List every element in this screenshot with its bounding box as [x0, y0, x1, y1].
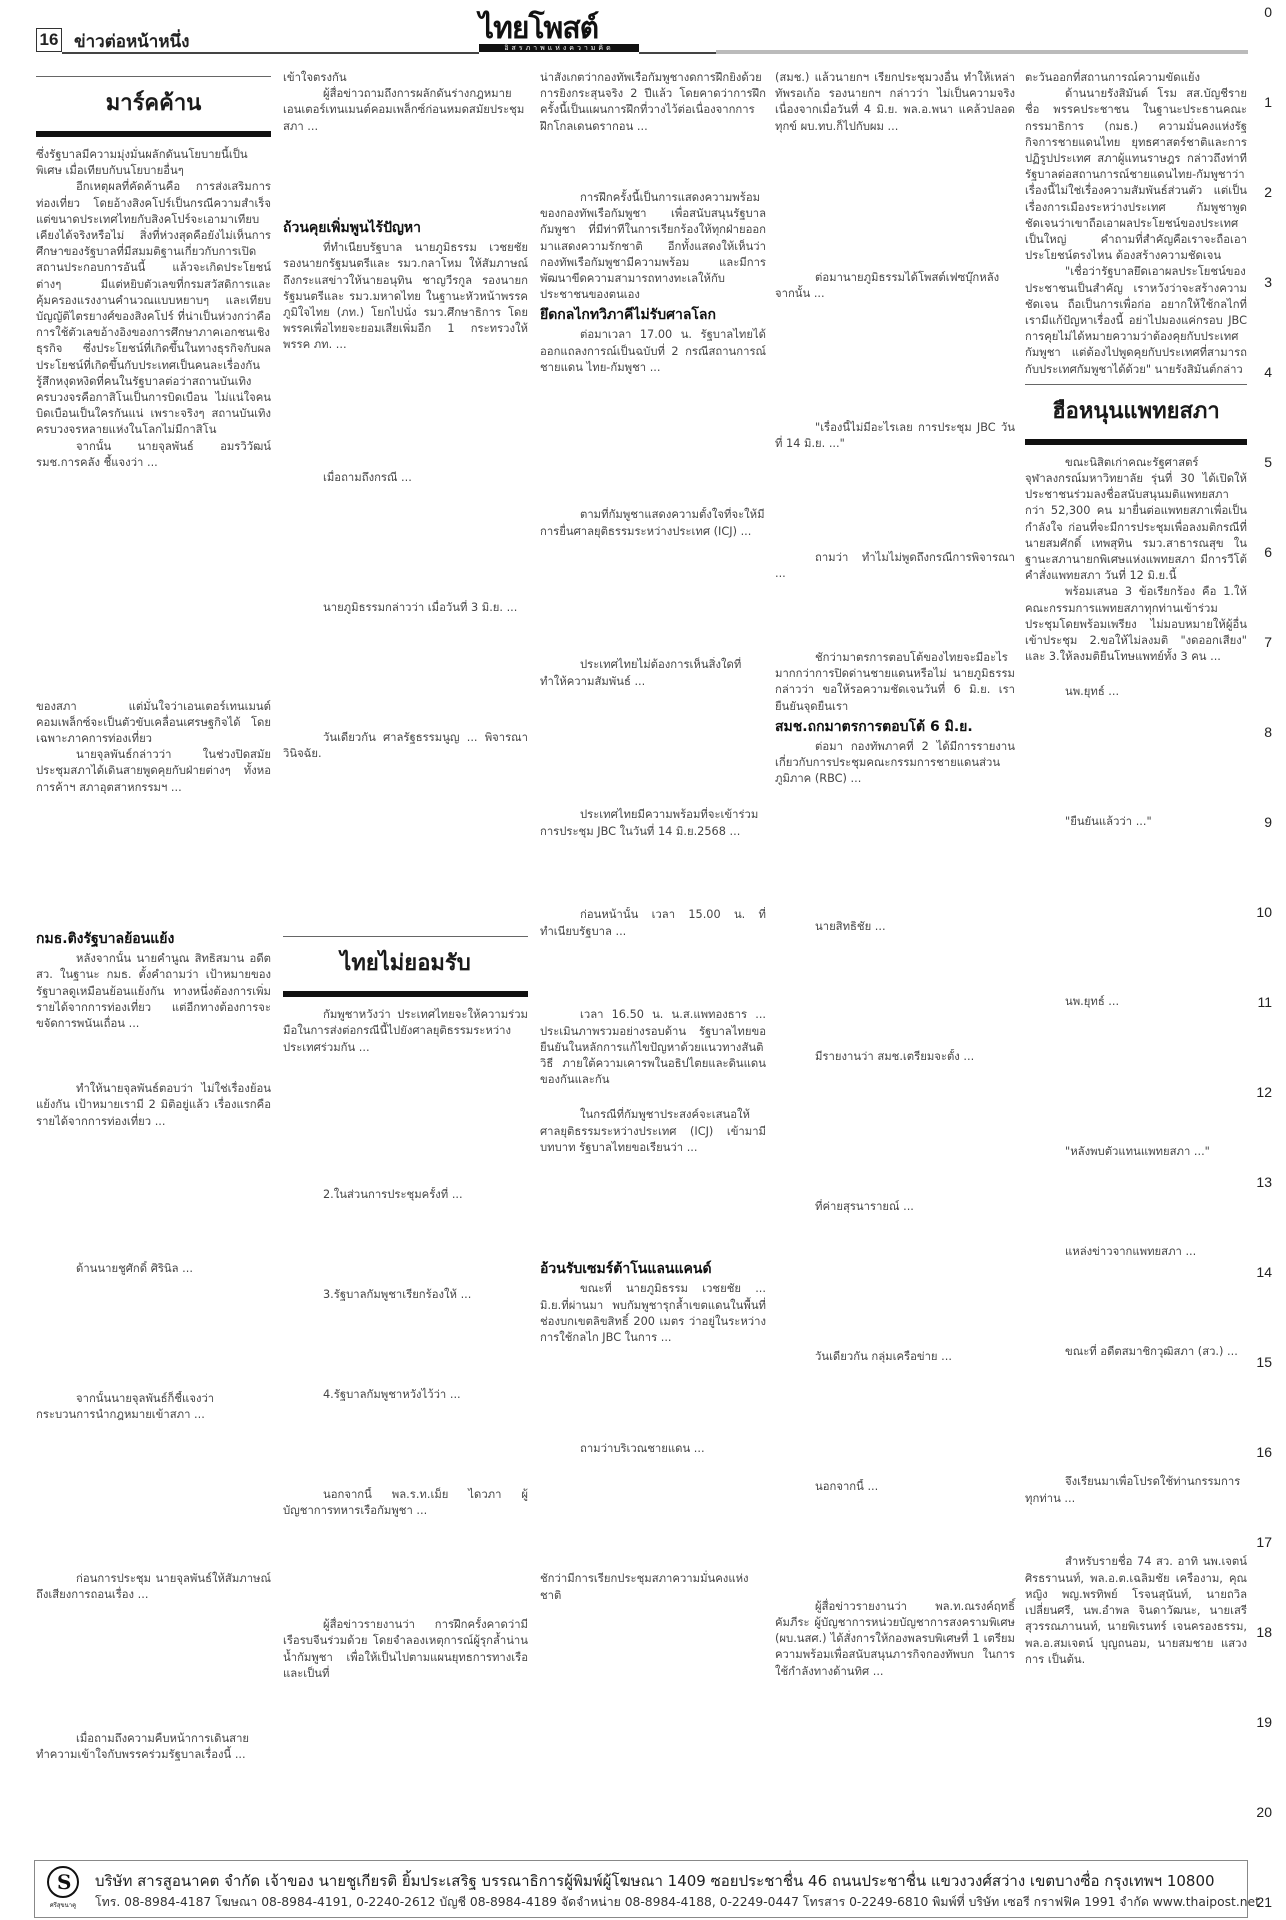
- paragraph: ที่ค่ายสุรนารายณ์ ...: [775, 1199, 1015, 1349]
- ruler-mark: 12: [1256, 1084, 1272, 1100]
- ruler-mark: 6: [1264, 544, 1272, 560]
- paragraph: ขณะที่ นายภูมิธรรม เวชยชัย ... มิ.ย.ที่ผ…: [540, 1281, 766, 1441]
- column-2: เข้าใจตรงกัน ผู้สื่อข่าวถามถึงการผลักดัน…: [283, 70, 528, 1717]
- paragraph: กัมพูชาหวังว่า ประเทศไทยจะให้ความร่วมมือ…: [283, 1007, 528, 1187]
- ruler-mark: 15: [1256, 1354, 1272, 1370]
- paragraph: ถามว่า ทำไมไม่พูดถึงกรณีการพิจารณา ...: [775, 550, 1015, 650]
- paragraph: ทำให้นายจุลพันธ์ตอบว่า ไม่ใช่เรื่องย้อนแ…: [36, 1081, 271, 1261]
- heading-top-rule: [36, 76, 271, 77]
- heading-bottom-rule: [1025, 439, 1247, 445]
- story-heading: ไทยไม่ยอมรับ: [283, 951, 528, 977]
- paragraph: อีกเหตุผลที่คัดค้านคือ การส่งเสริมการท่อ…: [36, 179, 271, 438]
- paragraph: ด้านนายชูศักดิ์ ศิรินิล ...: [36, 1261, 271, 1391]
- paragraph: มีรายงานว่า สมช.เตรียมจะตั้ง ...: [775, 1049, 1015, 1199]
- ruler-mark: 11: [1257, 994, 1272, 1010]
- paragraph: นายสิทธิชัย ...: [775, 919, 1015, 1049]
- paragraph: นอกจากนี้ ...: [775, 1479, 1015, 1599]
- heading-top-rule: [1025, 384, 1247, 385]
- paragraph: พร้อมเสนอ 3 ข้อเรียกร้อง คือ 1.ให้คณะกรร…: [1025, 584, 1247, 684]
- header-grey-bar: [716, 50, 1248, 54]
- ruler-mark: 14: [1256, 1264, 1272, 1280]
- ruler-mark: 13: [1256, 1174, 1272, 1190]
- paragraph: ที่ทำเนียบรัฐบาล นายภูมิธรรม เวชยชัย รอง…: [283, 240, 528, 470]
- heading-bottom-rule: [283, 991, 528, 997]
- paragraph: นพ.ยุทธ์ ...: [1025, 684, 1247, 814]
- paragraph: ประเทศไทยมีความพร้อมที่จะเข้าร่วมการประช…: [540, 807, 766, 907]
- column-5: ตะวันออกที่สถานการณ์ความขัดแย้ง ด้านนายร…: [1025, 70, 1247, 1668]
- publisher-info: บริษัท สารสูอนาคต จำกัด เจ้าของ นายชูเกี…: [95, 1869, 1215, 1893]
- story-heading-box: ฮือหนุนแพทยสภา: [1025, 384, 1247, 445]
- ruler-mark: 19: [1256, 1714, 1272, 1730]
- paragraph: เมื่อถามถึงกรณี ...: [283, 470, 528, 600]
- paragraph: วันเดียวกัน ศาลรัฐธรรมนูญ ... พิจารณาวิน…: [283, 730, 528, 930]
- ruler-mark: 5: [1264, 454, 1272, 470]
- ruler-mark: 7: [1264, 634, 1272, 650]
- paragraph: การฝึกครั้งนี้เป็นการแสดงความพร้อมของกอง…: [540, 190, 766, 303]
- paragraph: ถามว่าบริเวณชายแดน ...: [540, 1441, 766, 1571]
- ruler-mark: 9: [1264, 814, 1272, 830]
- paragraph: นพ.ยุทธ์ ...: [1025, 994, 1247, 1144]
- paragraph: ขณะที่ อดีตสมาชิกวุฒิสภา (สว.) ...: [1025, 1344, 1247, 1474]
- story-heading-box: ไทยไม่ยอมรับ: [283, 936, 528, 997]
- ruler-mark: 8: [1264, 724, 1272, 740]
- paragraph: เข้าใจตรงกัน: [283, 70, 528, 86]
- column-4: (สมช.) แล้วนายกฯ เรียกประชุมวงอื่น ทำให้…: [775, 70, 1015, 1680]
- ruler-mark: 18: [1256, 1624, 1272, 1640]
- ruler-mark: 10: [1256, 904, 1272, 920]
- paragraph: ตะวันออกที่สถานการณ์ความขัดแย้ง: [1025, 70, 1247, 86]
- paragraph: ตามที่กัมพูชาแสดงความตั้งใจที่จะให้มีการ…: [540, 507, 766, 657]
- page-header: 16 ข่าวต่อหน้าหนึ่ง ไทยโพสต์ อิสรภาพแห่ง…: [36, 14, 1248, 62]
- paragraph: นอกจากนี้ พล.ร.ท.เม็ย ไดวภา ผู้บัญชาการท…: [283, 1487, 528, 1617]
- paragraph: ต่อมาเวลา 17.00 น. รัฐบาลไทยได้ออกแถลงกา…: [540, 327, 766, 507]
- publisher-logo: ศรีสุขนาคู: [45, 1866, 81, 1914]
- paragraph: เวลา 16.50 น. น.ส.แพทองธาร ... ประเมินภา…: [540, 1007, 766, 1107]
- paragraph: ด้านนายรังสิมันต์ โรม สส.บัญชีรายชื่อ พร…: [1025, 86, 1247, 264]
- paragraph: วันเดียวกัน กลุ่มเครือข่าย ...: [775, 1349, 1015, 1479]
- paragraph: ชักว่ามีการเรียกประชุมสภาความมั่นคงแห่งช…: [540, 1571, 766, 1603]
- subheading: ถ้วนคุยเพิ่มพูนไร้ปัญหา: [283, 218, 528, 238]
- paragraph: "เรื่องนี้ไม่มีอะไรเลย การประชุม JBC วัน…: [775, 420, 1015, 550]
- story-heading: มาร์คค้าน: [36, 91, 271, 117]
- subheading: กมธ.ติงรัฐบาลย้อนแย้ง: [36, 929, 271, 949]
- paragraph: ประเทศไทยไม่ต้องการเห็นสิ่งใดที่ทำให้ควา…: [540, 657, 766, 807]
- section-title: ข่าวต่อหน้าหนึ่ง: [74, 28, 189, 55]
- paragraph: ผู้สื่อข่าวรายงานว่า พล.ท.ณรงค์ฤทธิ์ คัม…: [775, 1599, 1015, 1680]
- heading-top-rule: [283, 936, 528, 937]
- paragraph: ของสภา แต่มั่นใจว่าเอนเตอร์เทนเมนต์คอมเพ…: [36, 699, 271, 748]
- heading-bottom-rule: [36, 131, 271, 137]
- paragraph: สำหรับรายชื่อ 74 สว. อาทิ นพ.เจตน์ ศิรธร…: [1025, 1554, 1247, 1667]
- paragraph: จากนั้น นายจุลพันธ์ อมรวิวัฒน์ รมช.การคล…: [36, 439, 271, 699]
- paragraph: แหล่งข่าวจากแพทยสภา ...: [1025, 1244, 1247, 1344]
- paragraph: ในกรณีที่กัมพูชาประสงค์จะเสนอให้ศาลยุติธ…: [540, 1107, 766, 1257]
- masthead-title: ไทยโพสต์: [479, 14, 639, 44]
- paragraph: ชักว่ามาตรการตอบโต้ของไทยจะมีอะไรมากกว่า…: [775, 650, 1015, 715]
- ruler-mark: 3: [1264, 274, 1272, 290]
- story-heading: ฮือหนุนแพทยสภา: [1025, 399, 1247, 425]
- ruler-mark: 2: [1264, 184, 1272, 200]
- publisher-footer: ศรีสุขนาคู บริษัท สารสูอนาคต จำกัด เจ้าข…: [34, 1860, 1248, 1918]
- paragraph: ก่อนหน้านั้น เวลา 15.00 น. ที่ทำเนียบรัฐ…: [540, 907, 766, 1007]
- subheading: สมช.ถกมาตรการตอบโต้ 6 มิ.ย.: [775, 717, 1015, 737]
- ruler-mark: 16: [1256, 1444, 1272, 1460]
- paragraph: ก่อนการประชุม นายจุลพันธ์ให้สัมภาษณ์ถึงเ…: [36, 1571, 271, 1731]
- ruler-mark: 1: [1264, 94, 1272, 110]
- paragraph: จึงเรียนมาเพื่อโปรดใช้ท่านกรรมการทุกท่าน…: [1025, 1474, 1247, 1554]
- subheading: อ้วนรับเซมร์ต้าโนแลนแคนด์: [540, 1259, 766, 1279]
- story-heading-box: มาร์คค้าน: [36, 76, 271, 137]
- paragraph: ผู้สื่อข่าวรายงานว่า การฝึกครั้งคาดว่ามี…: [283, 1617, 528, 1717]
- column-1: มาร์คค้าน ซึ่งรัฐบาลมีความมุ่งมั่นผลักดั…: [36, 70, 271, 1891]
- ruler-mark: 0: [1264, 4, 1272, 20]
- ruler-mark: 4: [1264, 364, 1272, 380]
- column-3: น่าสังเกตว่ากองทัพเรือกัมพูชางดการฝึกยิง…: [540, 70, 766, 1604]
- paragraph: ผู้สื่อข่าวถามถึงการผลักดันร่างกฎหมายเอน…: [283, 86, 528, 216]
- ruler-mark: 17: [1256, 1534, 1272, 1550]
- paragraph: นายภูมิธรรมกล่าวว่า เมื่อวันที่ 3 มิ.ย. …: [283, 600, 528, 730]
- paragraph: "เชื่อว่ารัฐบาลยึดเอาผลประโยชน์ของประชาช…: [1025, 264, 1247, 377]
- page-ruler: 0 1 2 3 4 5 6 7 8 9 10 11 12 13 14 15 16…: [1246, 0, 1286, 1920]
- logo-label: ศรีสุขนาคู: [45, 1900, 81, 1910]
- contact-info: โทร. 08-8984-4187 โฆษณา 08-8984-4191, 0-…: [95, 1893, 1260, 1912]
- paragraph: น่าสังเกตว่ากองทัพเรือกัมพูชางดการฝึกยิง…: [540, 70, 766, 190]
- paragraph: "หลังพบตัวแทนแพทยสภา ...": [1025, 1144, 1247, 1244]
- paragraph: นายจุลพันธ์กล่าวว่า ในช่วงปิดสมัยประชุมส…: [36, 747, 271, 927]
- paragraph: "ยืนยันแล้วว่า ...": [1025, 814, 1247, 994]
- paragraph: ต่อมานายภูมิธรรมได้โพสต์เฟซบุ๊กหลังจากนั…: [775, 270, 1015, 420]
- logo-emblem-icon: [47, 1866, 79, 1898]
- paragraph: 4.รัฐบาลกัมพูชาหวังไว้ว่า ...: [283, 1387, 528, 1487]
- paragraph: จากนั้นนายจุลพันธ์ก็ชี้แจงว่า กระบวนการน…: [36, 1391, 271, 1571]
- paragraph: 2.ในส่วนการประชุมครั้งที่ ...: [283, 1187, 528, 1287]
- paragraph: ซึ่งรัฐบาลมีความมุ่งมั่นผลักดันนโยบายนี้…: [36, 147, 271, 179]
- paragraph: (สมช.) แล้วนายกฯ เรียกประชุมวงอื่น ทำให้…: [775, 70, 1015, 270]
- paragraph: หลังจากนั้น นายคำนูณ สิทธิสมาน อดีต สว. …: [36, 951, 271, 1081]
- paragraph: ขณะนิสิตเก่าคณะรัฐศาสตร์ จุฬาลงกรณ์มหาวิ…: [1025, 455, 1247, 585]
- subheading: ยึดกลไกทวิภาคีไม่รับศาลโลก: [540, 305, 766, 325]
- paragraph: 3.รัฐบาลกัมพูชาเรียกร้องให้ ...: [283, 1287, 528, 1387]
- masthead-logo: ไทยโพสต์ อิสรภาพแห่งความคิด: [479, 14, 639, 58]
- ruler-mark: 20: [1256, 1804, 1272, 1820]
- page-number: 16: [36, 28, 62, 52]
- paragraph: ต่อมา กองทัพภาคที่ 2 ได้มีการรายงานเกี่ย…: [775, 739, 1015, 919]
